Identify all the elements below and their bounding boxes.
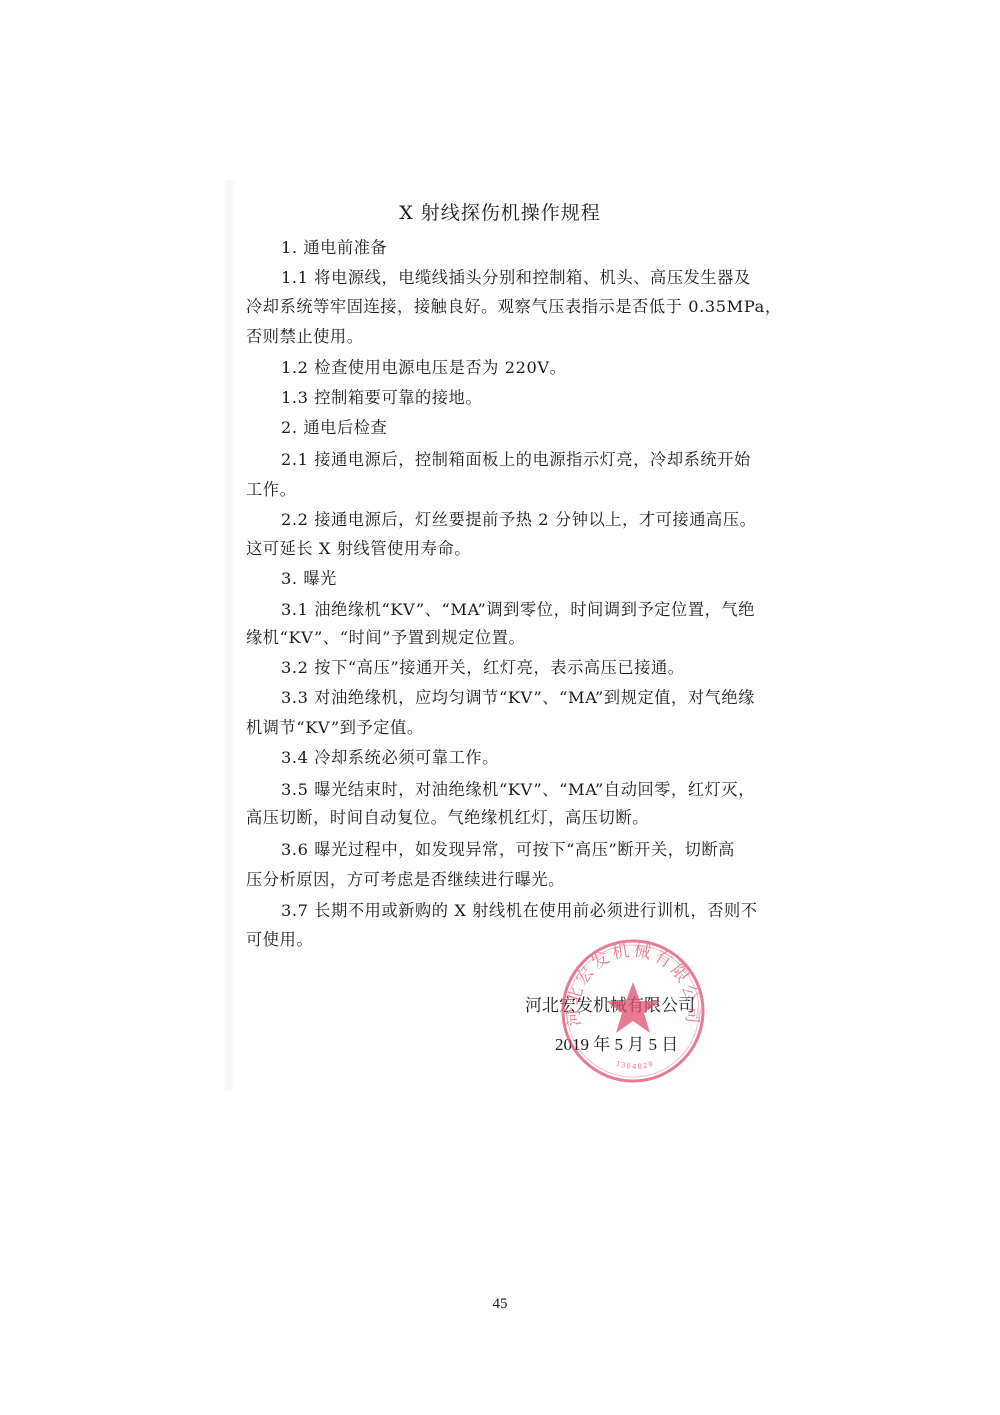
text-line: 2.1 接通电源后，控制箱面板上的电源指示灯亮，冷却系统开始 (281, 450, 751, 470)
text-line: 冷却系统等牢固连接，接触良好。观察气压表指示是否低于 0.35MPa， (246, 297, 782, 317)
text-line: 3.5 曝光结束时，对油绝缘机“KV”、“MA”自动回零，红灯灭， (281, 780, 755, 800)
text-line: 1.1 将电源线，电缆线插头分别和控制箱、机头、高压发生器及 (281, 268, 751, 288)
text-line: 工作。 (246, 480, 296, 500)
text-line: 1.2 检查使用电源电压是否为 220V。 (281, 358, 566, 378)
signature-date: 2019 年 5 月 5 日 (555, 1030, 678, 1055)
text-line: 压分析原因，方可考虑是否继续进行曝光。 (246, 870, 565, 890)
text-line: 3.3 对油绝缘机，应均匀调节“KV”、“MA”到规定值，对气绝缘 (281, 688, 755, 708)
text-line: 3. 曝光 (281, 569, 337, 589)
text-line: 3.4 冷却系统必须可靠工作。 (281, 748, 499, 768)
text-line: 3.1 油绝缘机“KV”、“MA”调到零位，时间调到予定位置，气绝 (281, 600, 755, 620)
text-line: 3.7 长期不用或新购的 X 射线机在使用前必须进行训机，否则不 (281, 901, 758, 921)
stamp-code: 1304020 (615, 1060, 656, 1071)
text-line: 高压切断，时间自动复位。气绝缘机红灯，高压切断。 (246, 808, 649, 828)
signature-company: 河北宏发机械有限公司 (525, 991, 695, 1016)
text-line: 2. 通电后检查 (281, 418, 387, 438)
text-line: 1.3 控制箱要可靠的接地。 (281, 388, 482, 408)
text-line: 机调节“KV”到予定值。 (246, 718, 424, 738)
text-line: 3.6 曝光过程中，如发现异常，可按下“高压”断开关，切断高 (281, 840, 735, 860)
page-number: 45 (0, 1296, 1000, 1313)
text-line: 2.2 接通电源后，灯丝要提前予热 2 分钟以上，才可接通高压。 (281, 510, 756, 530)
page-title: X 射线探伤机操作规程 (0, 198, 1000, 225)
text-line: 缘机“KV”、“时间”予置到规定位置。 (246, 628, 525, 648)
text-line: 3.2 按下“高压”接通开关，红灯亮，表示高压已接通。 (281, 658, 685, 678)
text-line: 这可延长 X 射线管使用寿命。 (246, 539, 471, 559)
scan-edge-artifact (222, 180, 236, 1090)
text-line: 1. 通电前准备 (281, 238, 387, 258)
text-line: 可使用。 (246, 930, 313, 950)
text-line: 否则禁止使用。 (246, 327, 364, 347)
